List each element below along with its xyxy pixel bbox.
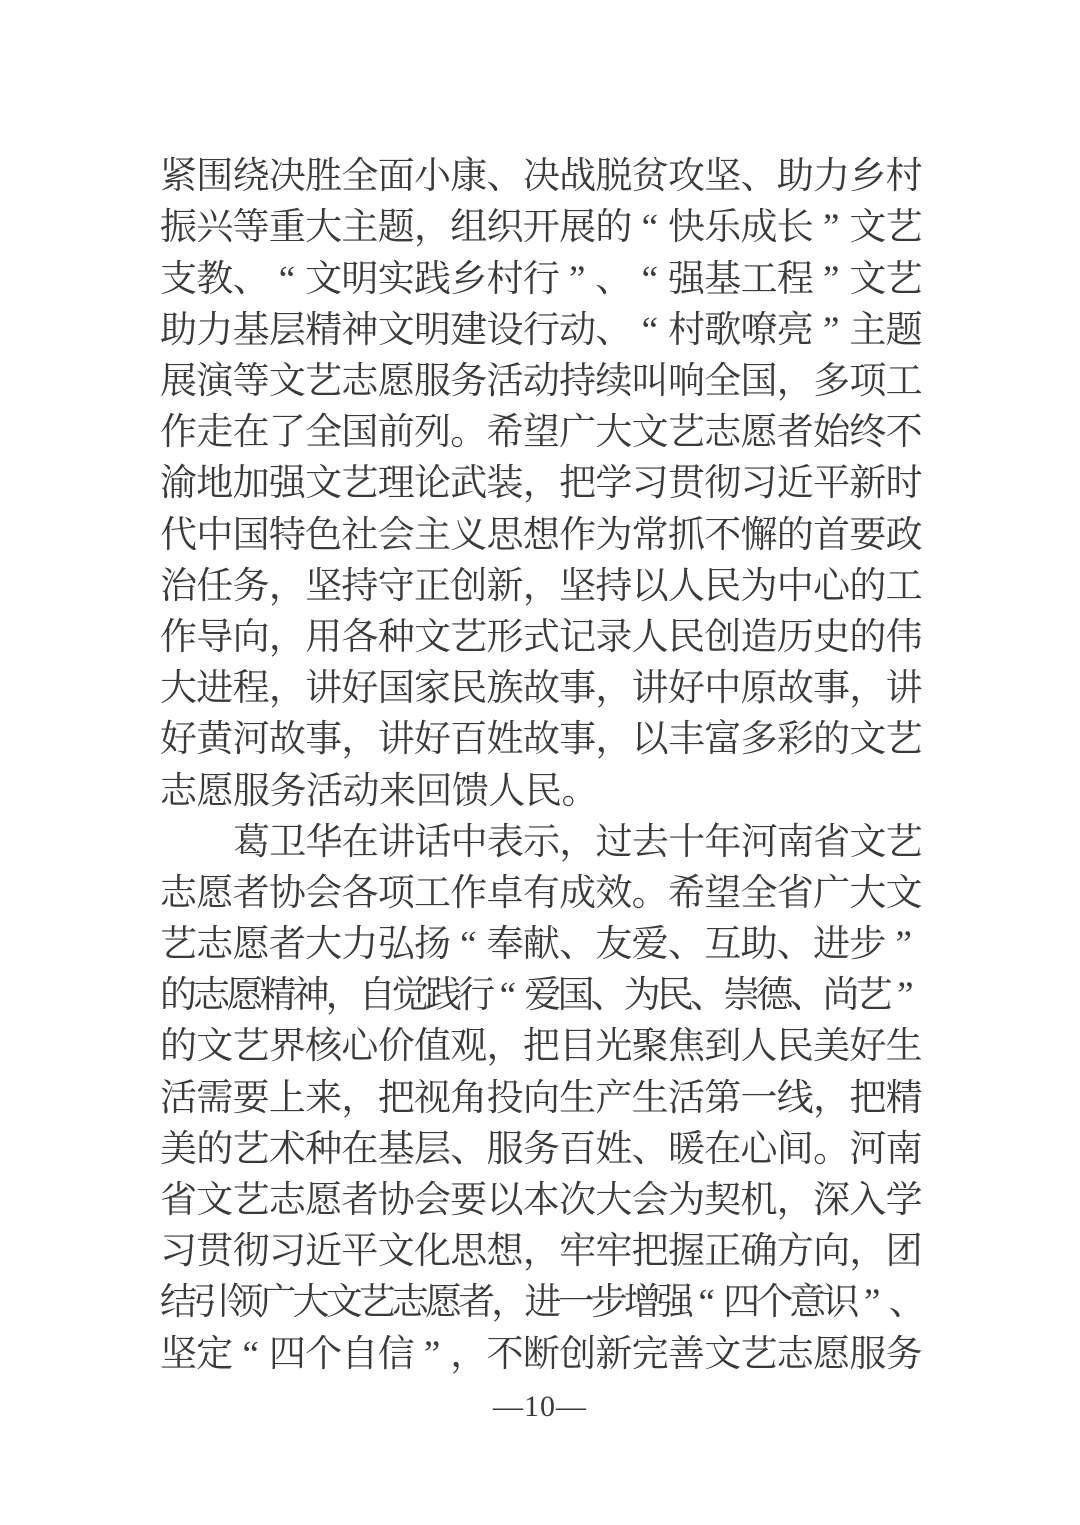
glyph: 、 (789, 976, 822, 1017)
glyph: 入 (849, 1181, 885, 1222)
glyph: 乐 (704, 208, 740, 249)
glyph: 层 (414, 1130, 450, 1171)
glyph: 好 (668, 669, 704, 710)
glyph: 省 (777, 874, 813, 915)
glyph: 国 (741, 362, 777, 403)
glyph: 任 (196, 567, 232, 608)
glyph: 活 (306, 772, 343, 813)
glyph: 人 (489, 772, 526, 813)
glyph: 文 (849, 720, 885, 761)
glyph: 富 (704, 720, 740, 761)
glyph: 民 (777, 1027, 813, 1068)
glyph: 确 (741, 1232, 777, 1273)
glyph: ， (813, 1079, 849, 1120)
glyph: 思 (450, 1232, 486, 1273)
glyph: 一 (741, 1079, 777, 1120)
glyph: 文 (849, 208, 885, 249)
glyph: ， (523, 464, 559, 505)
glyph: 首 (813, 516, 849, 557)
glyph: 广 (559, 413, 595, 454)
glyph: 志 (704, 413, 740, 454)
glyph: 本 (523, 1181, 559, 1222)
glyph: 年 (704, 823, 740, 864)
glyph: 会 (632, 1181, 668, 1222)
glyph: 愿 (741, 413, 777, 454)
glyph: 造 (741, 618, 777, 659)
glyph: 基 (704, 260, 740, 301)
glyph: 展 (559, 208, 595, 249)
glyph: 要 (233, 1079, 269, 1120)
text-line: 美的艺术种在基层、服务百姓、暖在心间。河南 (160, 1125, 922, 1176)
glyph: 要 (450, 1181, 486, 1222)
glyph: 演 (196, 362, 232, 403)
glyph: 创 (450, 567, 486, 608)
glyph: 需 (196, 1079, 232, 1120)
glyph: 习 (160, 1232, 196, 1273)
document-page: 紧围绕决胜全面小康、决战脱贫攻坚、助力乡村振兴等重大主题，组织开展的“快乐成长”… (0, 0, 1080, 1525)
glyph: 学 (595, 464, 631, 505)
glyph: ， (269, 618, 305, 659)
glyph: 紧 (160, 157, 196, 198)
text-line: 助力基层精神文明建设行动、“村歌嘹亮”主题 (160, 306, 922, 357)
glyph: 步 (849, 925, 885, 966)
glyph: 嘹 (741, 311, 777, 352)
glyph: 扬 (414, 925, 450, 966)
text-line: 艺志愿者大力弘扬“奉献、友爱、互助、进步” (160, 920, 922, 971)
glyph: 讲 (632, 669, 668, 710)
glyph: 的 (849, 618, 885, 659)
glyph: 项 (378, 874, 414, 915)
glyph: 、 (668, 925, 704, 966)
glyph: 民 (668, 618, 704, 659)
glyph: 把 (523, 1027, 559, 1068)
glyph: 民 (450, 669, 486, 710)
glyph: 全 (741, 874, 777, 915)
glyph: 弘 (378, 925, 414, 966)
glyph: 践 (425, 976, 458, 1017)
glyph: 爱 (524, 976, 557, 1017)
glyph: 重 (269, 208, 305, 249)
glyph: 行 (458, 976, 491, 1017)
glyph: 艺 (886, 720, 922, 761)
glyph: 务 (233, 567, 269, 608)
glyph: 助 (741, 925, 777, 966)
glyph: 一 (558, 1283, 591, 1324)
glyph: 到 (704, 1027, 740, 1068)
glyph: 康 (450, 157, 486, 198)
glyph: 文 (326, 1283, 359, 1324)
text-line: 展演等文艺志愿服务活动持续叫响全国，多项工 (160, 357, 922, 408)
glyph: 志 (196, 925, 232, 966)
glyph: 作 (450, 874, 486, 915)
glyph: 各 (341, 874, 377, 915)
glyph: 贯 (668, 464, 704, 505)
glyph: 事 (305, 720, 341, 761)
glyph: 治 (160, 567, 196, 608)
glyph: 民 (704, 567, 740, 608)
glyph: 脱 (595, 157, 631, 198)
text-line: 作走在了全国前列。希望广大文艺志愿者始终不 (160, 408, 922, 459)
glyph: 题 (378, 208, 414, 249)
glyph: 种 (378, 618, 414, 659)
glyph: 聚 (632, 1027, 668, 1068)
glyph: 基 (233, 311, 269, 352)
glyph: 快 (668, 208, 704, 249)
glyph: 希 (668, 874, 704, 915)
glyph: 动 (343, 772, 380, 813)
glyph: 故 (777, 669, 813, 710)
glyph: 广 (813, 874, 849, 915)
glyph: 政 (886, 516, 922, 557)
glyph: 愿 (378, 362, 414, 403)
glyph: 神 (293, 976, 326, 1017)
glyph: 歌 (704, 311, 740, 352)
glyph: 讲 (378, 720, 414, 761)
glyph: 团 (886, 1232, 922, 1273)
glyph: 力 (196, 311, 232, 352)
glyph: 。 (450, 413, 486, 454)
glyph: 愿 (305, 1181, 341, 1222)
glyph: 机 (741, 1181, 777, 1222)
glyph: 、 (889, 1283, 922, 1324)
glyph: 省 (160, 1181, 196, 1222)
text-line: 的文艺界核心价值观，把目光聚焦到人民美好生 (160, 1022, 922, 1073)
glyph: ， (341, 720, 377, 761)
glyph: 民 (657, 976, 690, 1017)
glyph: 心 (813, 567, 849, 608)
text-line: 支教、“文明实践乡村行”、“强基工程”文艺 (160, 254, 922, 305)
glyph: 卫 (269, 823, 305, 864)
glyph: 、 (632, 1130, 668, 1171)
glyph: 者 (458, 1283, 491, 1324)
glyph: 牢 (559, 1232, 595, 1273)
glyph: 坚 (160, 1335, 196, 1376)
glyph: 会 (305, 874, 341, 915)
glyph: 艺 (886, 823, 922, 864)
glyph: 的 (160, 1027, 196, 1068)
glyph: 好 (414, 720, 450, 761)
glyph: 形 (487, 618, 523, 659)
glyph: 讲 (886, 669, 922, 710)
glyph: 人 (741, 1027, 777, 1068)
glyph: 特 (269, 516, 305, 557)
glyph: 助 (160, 311, 196, 352)
glyph: 愿 (233, 925, 269, 966)
glyph: 贯 (196, 1232, 232, 1273)
glyph: 大 (305, 208, 341, 249)
glyph: 术 (269, 1130, 305, 1171)
glyph: “ (450, 925, 486, 966)
glyph: 者 (269, 925, 305, 966)
glyph: 好 (160, 720, 196, 761)
glyph: 多 (813, 362, 849, 403)
glyph: 的 (595, 208, 631, 249)
glyph: ” (886, 925, 922, 966)
glyph: 增 (624, 1283, 657, 1324)
glyph: 把 (378, 1079, 414, 1120)
glyph: 为 (668, 1181, 704, 1222)
glyph: 向 (233, 618, 269, 659)
glyph: 实 (378, 260, 414, 301)
glyph: 文 (886, 874, 922, 915)
glyph: 史 (813, 618, 849, 659)
glyph: 正 (704, 1232, 740, 1273)
glyph: 要 (849, 516, 885, 557)
glyph: 姓 (595, 1130, 631, 1171)
glyph: 强 (657, 1283, 690, 1324)
body-text: 紧围绕决胜全面小康、决战脱贫攻坚、助力乡村振兴等重大主题，组织开展的“快乐成长”… (160, 152, 922, 1381)
glyph: 者 (777, 413, 813, 454)
glyph: 志 (160, 874, 196, 915)
glyph: 原 (741, 669, 777, 710)
glyph: 进 (813, 925, 849, 966)
glyph: 艺 (160, 925, 196, 966)
glyph: 事 (559, 720, 595, 761)
glyph: 精 (886, 1079, 922, 1120)
glyph: 以 (632, 567, 668, 608)
glyph: ， (559, 823, 595, 864)
glyph: 中 (196, 516, 232, 557)
glyph: 学 (886, 1181, 922, 1222)
glyph: 工 (741, 260, 777, 301)
glyph: 主 (849, 311, 885, 352)
glyph: 心 (341, 1027, 377, 1068)
glyph: 国 (341, 413, 377, 454)
glyph: 彩 (777, 720, 813, 761)
glyph: 视 (414, 1079, 450, 1120)
glyph: 作 (559, 516, 595, 557)
glyph: 作 (160, 413, 196, 454)
glyph: 生 (559, 1079, 595, 1120)
glyph: 务 (523, 1130, 559, 1171)
glyph: 焦 (668, 1027, 704, 1068)
glyph: 好 (341, 669, 377, 710)
glyph: 百 (559, 1130, 595, 1171)
text-line: 的志愿精神，自觉践行“爱国、为民、崇德、尚艺” (160, 971, 922, 1022)
glyph: 价 (378, 1027, 414, 1068)
glyph: 志 (193, 976, 226, 1017)
glyph: 加 (233, 464, 269, 505)
glyph: 终 (849, 413, 885, 454)
glyph: 艺 (450, 618, 486, 659)
glyph: 新 (595, 1335, 631, 1376)
glyph: 式 (523, 618, 559, 659)
glyph: 国 (378, 669, 414, 710)
glyph: ， (491, 1283, 524, 1324)
glyph: 等 (233, 362, 269, 403)
glyph: 线 (777, 1079, 813, 1120)
glyph: ” (559, 260, 595, 301)
glyph: 协 (269, 874, 305, 915)
glyph: 示 (523, 823, 559, 864)
glyph: 习 (632, 464, 668, 505)
glyph: 坚 (704, 157, 740, 198)
glyph: 近 (777, 464, 813, 505)
glyph: 为 (624, 976, 657, 1017)
glyph: 持 (559, 362, 595, 403)
glyph: “ (491, 976, 524, 1017)
glyph: 大 (595, 413, 631, 454)
glyph: 识 (823, 1283, 856, 1324)
glyph: 精 (259, 976, 292, 1017)
glyph: 大 (293, 1283, 326, 1324)
glyph: 成 (741, 208, 777, 249)
glyph: 各 (341, 618, 377, 659)
text-line: 好黄河故事，讲好百姓故事，以丰富多彩的文艺 (160, 715, 922, 766)
text-line: 葛卫华在讲话中表示，过去十年河南省文艺 (160, 817, 922, 868)
glyph: 协 (378, 1181, 414, 1222)
glyph: 亮 (777, 311, 813, 352)
glyph: 事 (813, 669, 849, 710)
glyph: 完 (632, 1335, 668, 1376)
glyph: 了 (269, 413, 305, 454)
glyph: 服 (233, 772, 270, 813)
glyph: 南 (777, 823, 813, 864)
glyph: 尚 (823, 976, 856, 1017)
glyph: ， (341, 1079, 377, 1120)
glyph: 不 (487, 1335, 523, 1376)
glyph: 平 (341, 1232, 377, 1273)
glyph: 强 (668, 260, 704, 301)
glyph: 题 (886, 311, 922, 352)
glyph: 持 (595, 567, 631, 608)
glyph: ， (777, 1181, 813, 1222)
glyph: 务 (270, 772, 307, 813)
glyph: 坚 (305, 567, 341, 608)
glyph: 愿 (196, 874, 232, 915)
glyph: 把 (849, 1079, 885, 1120)
glyph: 讲 (305, 669, 341, 710)
glyph: 、 (233, 260, 269, 301)
glyph: “ (632, 311, 668, 352)
glyph: 程 (233, 669, 269, 710)
glyph: 心 (741, 1130, 777, 1171)
glyph: 。 (632, 874, 668, 915)
glyph: 平 (813, 464, 849, 505)
glyph: 基 (378, 1130, 414, 1171)
glyph: 践 (414, 260, 450, 301)
glyph: 定 (196, 1335, 232, 1376)
glyph: 不 (704, 516, 740, 557)
glyph: 十 (668, 823, 704, 864)
text-line: 作导向，用各种文艺形式记录人民创造历史的伟 (160, 613, 922, 664)
glyph: ” (414, 1335, 450, 1376)
glyph: 愿 (425, 1283, 458, 1324)
glyph: 长 (777, 208, 813, 249)
glyph: 河 (741, 823, 777, 864)
glyph: 绕 (233, 157, 269, 198)
glyph: 姓 (487, 720, 523, 761)
glyph: 强 (269, 464, 305, 505)
text-line: 紧围绕决胜全面小康、决战脱贫攻坚、助力乡村 (160, 152, 922, 203)
glyph: 、 (559, 925, 595, 966)
glyph: 服 (487, 1130, 523, 1171)
glyph: 丰 (668, 720, 704, 761)
glyph: 服 (849, 1335, 885, 1376)
glyph: 百 (450, 720, 486, 761)
glyph: 力 (341, 925, 377, 966)
glyph: 不 (886, 413, 922, 454)
text-line: 坚定“四个自信”，不断创新完善文艺志愿服务 (160, 1329, 922, 1380)
glyph: 中 (704, 669, 740, 710)
glyph: 围 (196, 157, 232, 198)
glyph: 国 (558, 976, 591, 1017)
glyph: 振 (160, 208, 196, 249)
glyph: 目 (559, 1027, 595, 1068)
glyph: 主 (341, 208, 377, 249)
text-line: 代中国特色社会主义思想作为常抓不懈的首要政 (160, 510, 922, 561)
glyph: 全 (305, 413, 341, 454)
glyph: 记 (559, 618, 595, 659)
glyph: 大 (160, 669, 196, 710)
glyph: 葛 (233, 823, 269, 864)
glyph: 代 (160, 516, 196, 557)
glyph: 活 (160, 1079, 196, 1120)
glyph: 色 (305, 516, 341, 557)
glyph: 武 (450, 464, 486, 505)
glyph: 活 (668, 1079, 704, 1120)
glyph: ” (813, 208, 849, 249)
glyph: 文 (305, 464, 341, 505)
glyph: 自 (359, 976, 392, 1017)
glyph: ， (523, 567, 559, 608)
glyph: 间 (777, 1130, 813, 1171)
glyph: 在 (704, 1130, 740, 1171)
glyph: 暖 (668, 1130, 704, 1171)
glyph: 在 (341, 1130, 377, 1171)
glyph: 信 (378, 1335, 414, 1376)
glyph: 志 (341, 362, 377, 403)
glyph: 建 (450, 311, 486, 352)
glyph: 艺 (856, 976, 889, 1017)
glyph: 深 (813, 1181, 849, 1222)
glyph: 精 (305, 311, 341, 352)
glyph: 大 (595, 1181, 631, 1222)
glyph: 事 (559, 669, 595, 710)
glyph: 近 (305, 1232, 341, 1273)
glyph: 想 (523, 516, 559, 557)
glyph: 习 (269, 1232, 305, 1273)
glyph: 工 (414, 874, 450, 915)
glyph: 故 (523, 669, 559, 710)
glyph: 进 (524, 1283, 557, 1324)
glyph: 为 (595, 516, 631, 557)
glyph: 展 (160, 362, 196, 403)
glyph: 渝 (160, 464, 196, 505)
glyph: 黄 (196, 720, 232, 761)
glyph: 步 (591, 1283, 624, 1324)
glyph: 国 (233, 516, 269, 557)
glyph: 个 (305, 1335, 341, 1376)
glyph: 攻 (668, 157, 704, 198)
glyph: 神 (341, 311, 377, 352)
glyph: ， (269, 669, 305, 710)
glyph: 上 (269, 1079, 305, 1120)
glyph: 志 (392, 1283, 425, 1324)
glyph: 始 (813, 413, 849, 454)
glyph: 录 (595, 618, 631, 659)
glyph: 角 (450, 1079, 486, 1120)
glyph: 在 (233, 413, 269, 454)
glyph: 者 (341, 1181, 377, 1222)
glyph: 习 (741, 464, 777, 505)
glyph: 中 (451, 823, 487, 864)
text-line: 治任务，坚持守正创新，坚持以人民为中心的工 (160, 562, 922, 613)
glyph: 地 (196, 464, 232, 505)
glyph: 次 (559, 1181, 595, 1222)
glyph: 开 (523, 208, 559, 249)
text-line: 志愿服务活动来回馈人民。 (160, 766, 922, 817)
